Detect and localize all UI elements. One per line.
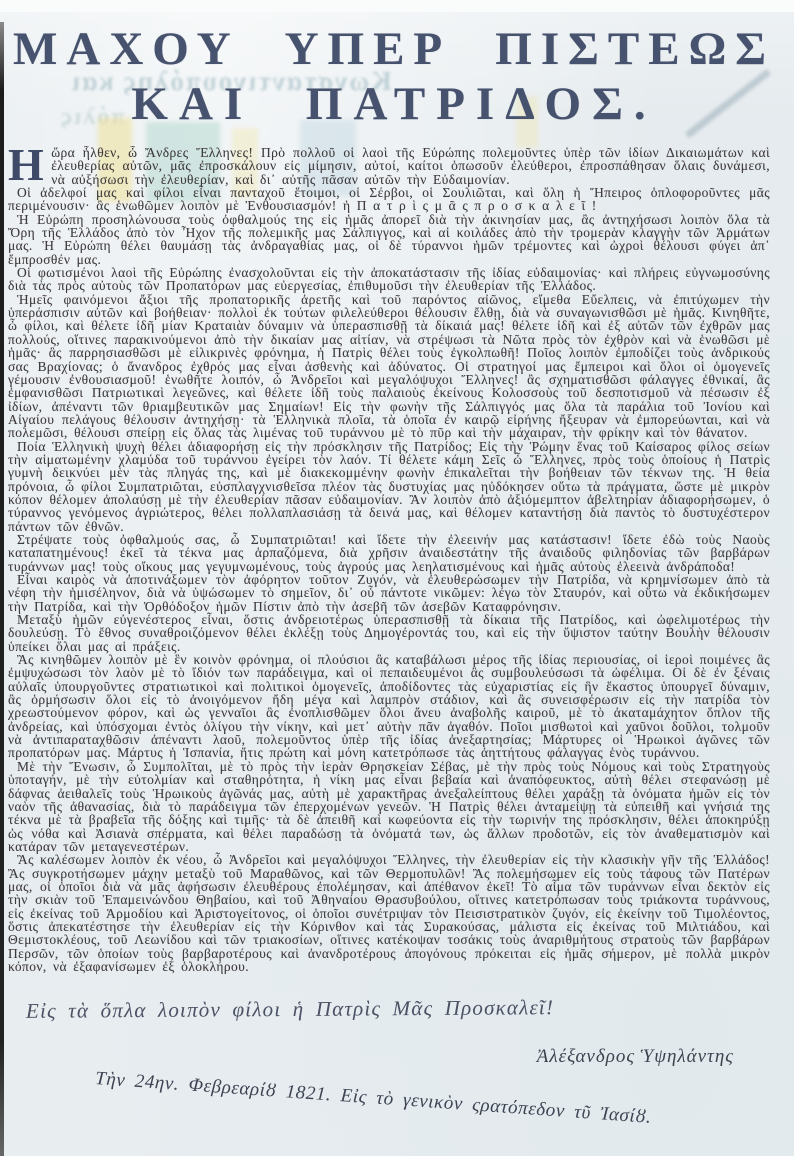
body-paragraph: Ηὥρα ἦλθεν, ὦ Ἄνδρες Ἕλληνες! Πρὸ πολλοῦ… <box>8 146 770 186</box>
body-paragraph: Ποία Ἑλληνικὴ ψυχὴ θέλει ἀδιαφορήσῃ εἰς … <box>8 440 770 533</box>
dateline: Τὴν 24ην. Φεβρεαρίȣ 1821. Εἰς τὸ γενικὸν… <box>94 1068 652 1129</box>
body-paragraph: Εἶναι καιρὸς νὰ ἀποτινάξωμεν τὸν ἀφόρητο… <box>8 573 770 613</box>
body-paragraph: Ἂς κινηθῶμεν λοιπὸν μὲ ἓν κοινὸν φρόνημα… <box>8 653 770 760</box>
closing-call: Εἰς τὰ ὅπλα λοιπὸν φίλοι ἡ Πατρὶς Μᾶς Πρ… <box>26 995 554 1024</box>
body-paragraphs: Ηὥρα ἦλθεν, ὦ Ἄνδρες Ἕλληνες! Πρὸ πολλοῦ… <box>8 146 770 1002</box>
scan-edge-shadow <box>0 22 4 1156</box>
body-paragraph: Ἡ Εὐρώπη προσηλώνουσα τοὺς ὀφθαλμούς της… <box>8 213 770 266</box>
title-line-1: ΜΑΧΟΥ ΥΠΕΡ ΠΙΣΤΕΩΣ <box>0 22 788 77</box>
body-paragraph: Οἱ ἀδελφοί μας καὶ φίλοι εἶναι πανταχοῦ … <box>8 186 770 213</box>
body-paragraph: Οἱ φωτισμένοι λαοὶ τῆς Εὐρώπης ἐνασχολοῦ… <box>8 266 770 293</box>
drop-cap: Η <box>8 146 51 183</box>
scanned-page: Κωνσταντινουπόλης και πόλις ΜΑΧΟΥ ΥΠΕΡ Π… <box>0 0 794 1156</box>
body-paragraph: Ἂς καλέσωμεν λοιπὸν ἐκ νέου, ὦ Ἀνδρεῖοι … <box>8 853 770 973</box>
scan-top-margin <box>0 0 794 12</box>
body-paragraph: Μεταξὺ ἡμῶν εὐγενέστερος εἶναι, ὅστις ἀν… <box>8 613 770 653</box>
title-line-2: ΚΑΙ ΠΑΤΡΙΔΟΣ. <box>0 77 788 132</box>
proclamation-title: ΜΑΧΟΥ ΥΠΕΡ ΠΙΣΤΕΩΣ ΚΑΙ ΠΑΤΡΙΔΟΣ. <box>0 22 788 133</box>
body-paragraph: Στρέψατε τοὺς ὀφθαλμούς σας, ὦ Συμπατριῶ… <box>8 533 770 573</box>
signature: Ἀλέξανδρος Ὑψηλάντης <box>537 1046 734 1068</box>
body-paragraph: Μὲ τὴν Ἕνωσιν, ὦ Συμπολῖται, μὲ τὸ πρὸς … <box>8 760 770 853</box>
body-paragraph: Ἡμεῖς φαινόμενοι ἄξιοι τῆς προπατορικῆς … <box>8 293 770 440</box>
